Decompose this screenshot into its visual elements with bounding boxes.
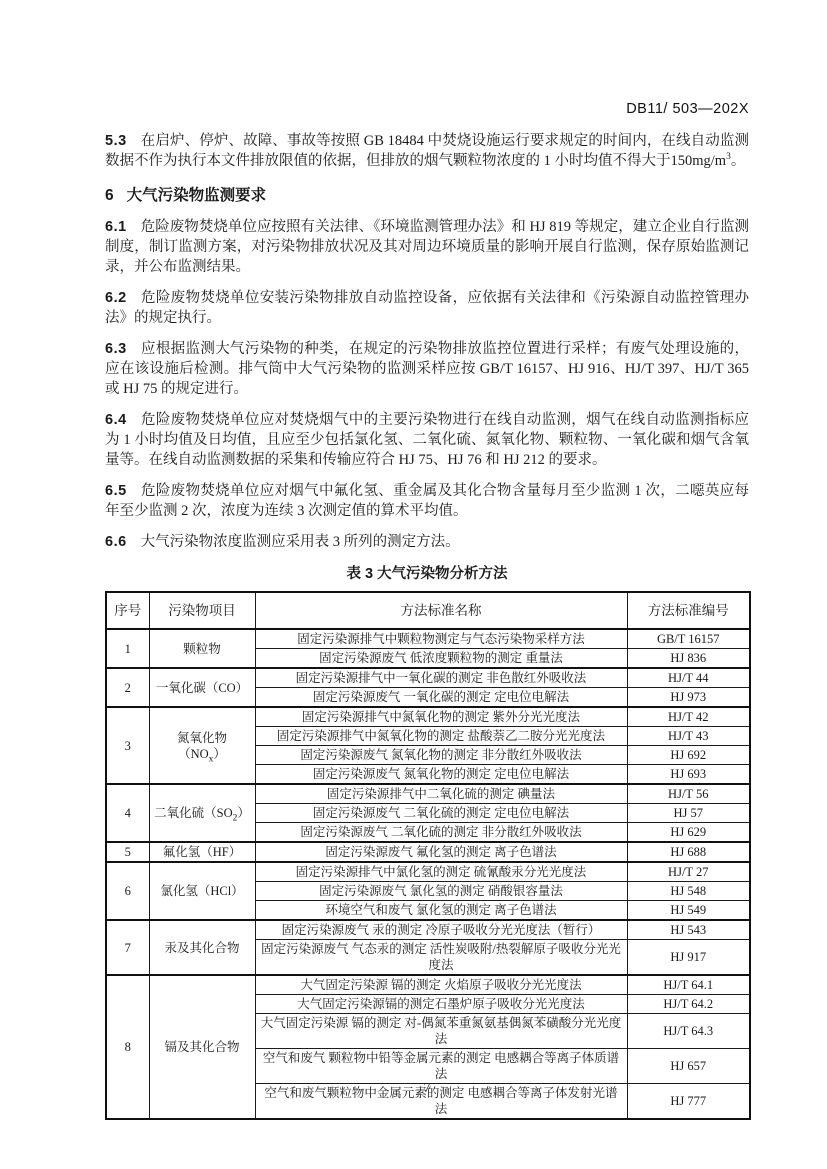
row-index: 5 [106, 842, 149, 862]
clause-number: 6.1 [105, 219, 127, 235]
clause-text: 危险废物焚烧单位应按照有关法律、《环境监测管理办法》和 HJ 819 等规定，建… [105, 219, 749, 275]
method-code: HJ 688 [627, 842, 750, 862]
clause-text-end: 。 [731, 153, 746, 169]
method-name: 固定污染源废气 氮氧化物的测定 非分散红外吸收法 [255, 746, 627, 765]
method-name: 固定污染源排气中一氧化碳的测定 非色散红外吸收法 [255, 668, 627, 688]
clause-number: 5.3 [105, 133, 127, 149]
clause-6-5: 6.5危险废物焚烧单位应对烟气中氟化氢、重金属及其化合物含量每月至少监测 1 次… [105, 481, 749, 521]
method-code: HJ 549 [627, 901, 750, 921]
clause-text: 在启炉、停炉、故障、事故等按照 GB 18484 中焚烧设施运行要求规定的时间内… [105, 133, 749, 169]
table-row: 5 氟化氢（HF） 固定污染源废气 氟化氢的测定 离子色谱法 HJ 688 [106, 842, 750, 862]
method-code: HJ 693 [627, 765, 750, 785]
method-name: 固定污染源废气 一氧化碳的测定 定电位电解法 [255, 688, 627, 708]
table-row: 8 镉及其化合物 大气固定污染源 镉的测定 火焰原子吸收分光光度法 HJ/T 6… [106, 975, 750, 995]
pollutant-name: 一氧化碳（CO） [149, 668, 255, 707]
pollutant-name: 氮氧化物（NOx） [149, 707, 255, 784]
method-name: 大气固定污染源 镉的测定 火焰原子吸收分光光度法 [255, 975, 627, 995]
page-number: 7 [105, 1080, 749, 1096]
row-index: 3 [106, 707, 149, 784]
section-number: 6 [105, 187, 114, 204]
clause-number: 6.4 [105, 412, 127, 428]
method-code: HJ 973 [627, 688, 750, 708]
pollutant-name: 二氧化硫（SO2） [149, 784, 255, 842]
pollutant-name-text: ） [213, 747, 226, 761]
row-index: 6 [106, 862, 149, 920]
table-header-row: 序号 污染物项目 方法标准名称 方法标准编号 [106, 592, 750, 629]
method-code: HJ 57 [627, 804, 750, 823]
method-code: HJ/T 64.1 [627, 975, 750, 995]
table-row: 7 汞及其化合物 固定污染源废气 汞的测定 冷原子吸收分光光度法（暂行） HJ … [106, 920, 750, 940]
clause-number: 6.2 [105, 290, 127, 306]
clause-text: 大气污染物浓度监测应采用表 3 所列的测定方法。 [141, 534, 460, 550]
table-3-analysis-methods: 序号 污染物项目 方法标准名称 方法标准编号 1 颗粒物 固定污染源排气中颗粒物… [105, 591, 751, 1120]
pollutant-name: 汞及其化合物 [149, 920, 255, 975]
method-name: 空气和废气 颗粒物中铅等金属元素的测定 电感耦合等离子体质谱法 [255, 1049, 627, 1084]
method-name: 固定污染源排气中氮氧化物的测定 盐酸萘乙二胺分光光度法 [255, 727, 627, 746]
clause-number: 6.6 [105, 534, 127, 550]
method-code: HJ/T 64.3 [627, 1014, 750, 1049]
section-title: 大气污染物监测要求 [127, 187, 267, 204]
method-code: HJ 543 [627, 920, 750, 940]
table-row: 1 颗粒物 固定污染源排气中颗粒物测定与气态污染物采样方法 GB/T 16157 [106, 629, 750, 649]
clause-6-6: 6.6大气污染物浓度监测应采用表 3 所列的测定方法。 [105, 532, 749, 552]
method-name: 固定污染源废气 氟化氢的测定 离子色谱法 [255, 842, 627, 862]
pollutant-name: 氯化氢（HCl） [149, 862, 255, 920]
row-index: 8 [106, 975, 149, 1119]
section-6-heading: 6大气污染物监测要求 [105, 185, 749, 206]
method-name: 固定污染源废气 低浓度颗粒物的测定 重量法 [255, 649, 627, 669]
col-header-pollutant: 污染物项目 [149, 592, 255, 629]
col-header-method-name: 方法标准名称 [255, 592, 627, 629]
table-row: 4 二氧化硫（SO2） 固定污染源排气中二氧化硫的测定 碘量法 HJ/T 56 [106, 784, 750, 804]
method-code: HJ 692 [627, 746, 750, 765]
method-name: 固定污染源废气 氮氧化物的测定 定电位电解法 [255, 765, 627, 785]
method-code: HJ 548 [627, 882, 750, 901]
clause-6-3: 6.3应根据监测大气污染物的种类，在规定的污染物排放监控位置进行采样；有废气处理… [105, 339, 749, 399]
col-header-method-code: 方法标准编号 [627, 592, 750, 629]
clause-6-2: 6.2危险废物焚烧单位安装污染物排放自动监控设备，应依据有关法律和《污染源自动监… [105, 288, 749, 328]
document-page: DB11/ 503—202X 5.3在启炉、停炉、故障、事故等按照 GB 184… [0, 0, 827, 1169]
clause-5-3: 5.3在启炉、停炉、故障、事故等按照 GB 18484 中焚烧设施运行要求规定的… [105, 131, 749, 171]
method-name: 固定污染源废气 二氧化硫的测定 非分散红外吸收法 [255, 823, 627, 843]
method-code: HJ/T 42 [627, 707, 750, 727]
method-code: HJ/T 27 [627, 862, 750, 882]
clause-text: 危险废物焚烧单位应对烟气中氟化氢、重金属及其化合物含量每月至少监测 1 次，二噁… [105, 483, 749, 519]
table-row: 3 氮氧化物（NOx） 固定污染源排气中氮氧化物的测定 紫外分光光度法 HJ/T… [106, 707, 750, 727]
row-index: 1 [106, 629, 149, 668]
doc-code-header: DB11/ 503—202X [105, 101, 749, 118]
pollutant-name: 氟化氢（HF） [149, 842, 255, 862]
method-name: 固定污染源排气中氮氧化物的测定 紫外分光光度法 [255, 707, 627, 727]
clause-6-1: 6.1危险废物焚烧单位应按照有关法律、《环境监测管理办法》和 HJ 819 等规… [105, 217, 749, 277]
method-name: 固定污染源废气 二氧化硫的测定 定电位电解法 [255, 804, 627, 823]
method-code: GB/T 16157 [627, 629, 750, 649]
row-index: 7 [106, 920, 149, 975]
pollutant-name: 颗粒物 [149, 629, 255, 668]
row-index: 4 [106, 784, 149, 842]
clause-number: 6.3 [105, 341, 127, 357]
method-name: 大气固定污染源 镉的测定 对-偶氮苯重氮氨基偶氮苯磺酸分光光度法 [255, 1014, 627, 1049]
pollutant-name: 镉及其化合物 [149, 975, 255, 1119]
method-code: HJ 917 [627, 940, 750, 976]
clause-6-4: 6.4危险废物焚烧单位应对焚烧烟气中的主要污染物进行在线自动监测，烟气在线自动监… [105, 410, 749, 470]
row-index: 2 [106, 668, 149, 707]
method-code: HJ/T 44 [627, 668, 750, 688]
method-code: HJ/T 56 [627, 784, 750, 804]
method-name: 固定污染源废气 氯化氢的测定 硝酸银容量法 [255, 882, 627, 901]
pollutant-name-text: 二氧化硫（SO [154, 806, 232, 820]
method-code: HJ 836 [627, 649, 750, 669]
table-row: 6 氯化氢（HCl） 固定污染源排气中氯化氢的测定 硫氰酸汞分光光度法 HJ/T… [106, 862, 750, 882]
method-name: 固定污染源排气中氯化氢的测定 硫氰酸汞分光光度法 [255, 862, 627, 882]
method-name: 大气固定污染源镉的测定石墨炉原子吸收分光光度法 [255, 995, 627, 1014]
col-header-index: 序号 [106, 592, 149, 629]
method-name: 固定污染源废气 汞的测定 冷原子吸收分光光度法（暂行） [255, 920, 627, 940]
method-name: 固定污染源废气 气态汞的测定 活性炭吸附/热裂解原子吸收分光光度法 [255, 940, 627, 976]
method-name: 环境空气和废气 氯化氢的测定 离子色谱法 [255, 901, 627, 921]
method-name: 固定污染源排气中二氧化硫的测定 碘量法 [255, 784, 627, 804]
pollutant-name-text: ） [237, 806, 250, 820]
clause-text: 危险废物焚烧单位安装污染物排放自动监控设备，应依据有关法律和《污染源自动监控管理… [105, 290, 749, 326]
page-content: DB11/ 503—202X 5.3在启炉、停炉、故障、事故等按照 GB 184… [105, 0, 749, 1120]
method-code: HJ/T 43 [627, 727, 750, 746]
method-code: HJ 629 [627, 823, 750, 843]
clause-number: 6.5 [105, 483, 127, 499]
method-code: HJ 657 [627, 1049, 750, 1084]
clause-text: 危险废物焚烧单位应对焚烧烟气中的主要污染物进行在线自动监测，烟气在线自动监测指标… [105, 412, 749, 468]
table-row: 2 一氧化碳（CO） 固定污染源排气中一氧化碳的测定 非色散红外吸收法 HJ/T… [106, 668, 750, 688]
clause-text: 应根据监测大气污染物的种类，在规定的污染物排放监控位置进行采样；有废气处理设施的… [105, 341, 749, 397]
method-code: HJ/T 64.2 [627, 995, 750, 1014]
method-name: 固定污染源排气中颗粒物测定与气态污染物采样方法 [255, 629, 627, 649]
table-3-title: 表 3 大气污染物分析方法 [105, 565, 749, 583]
